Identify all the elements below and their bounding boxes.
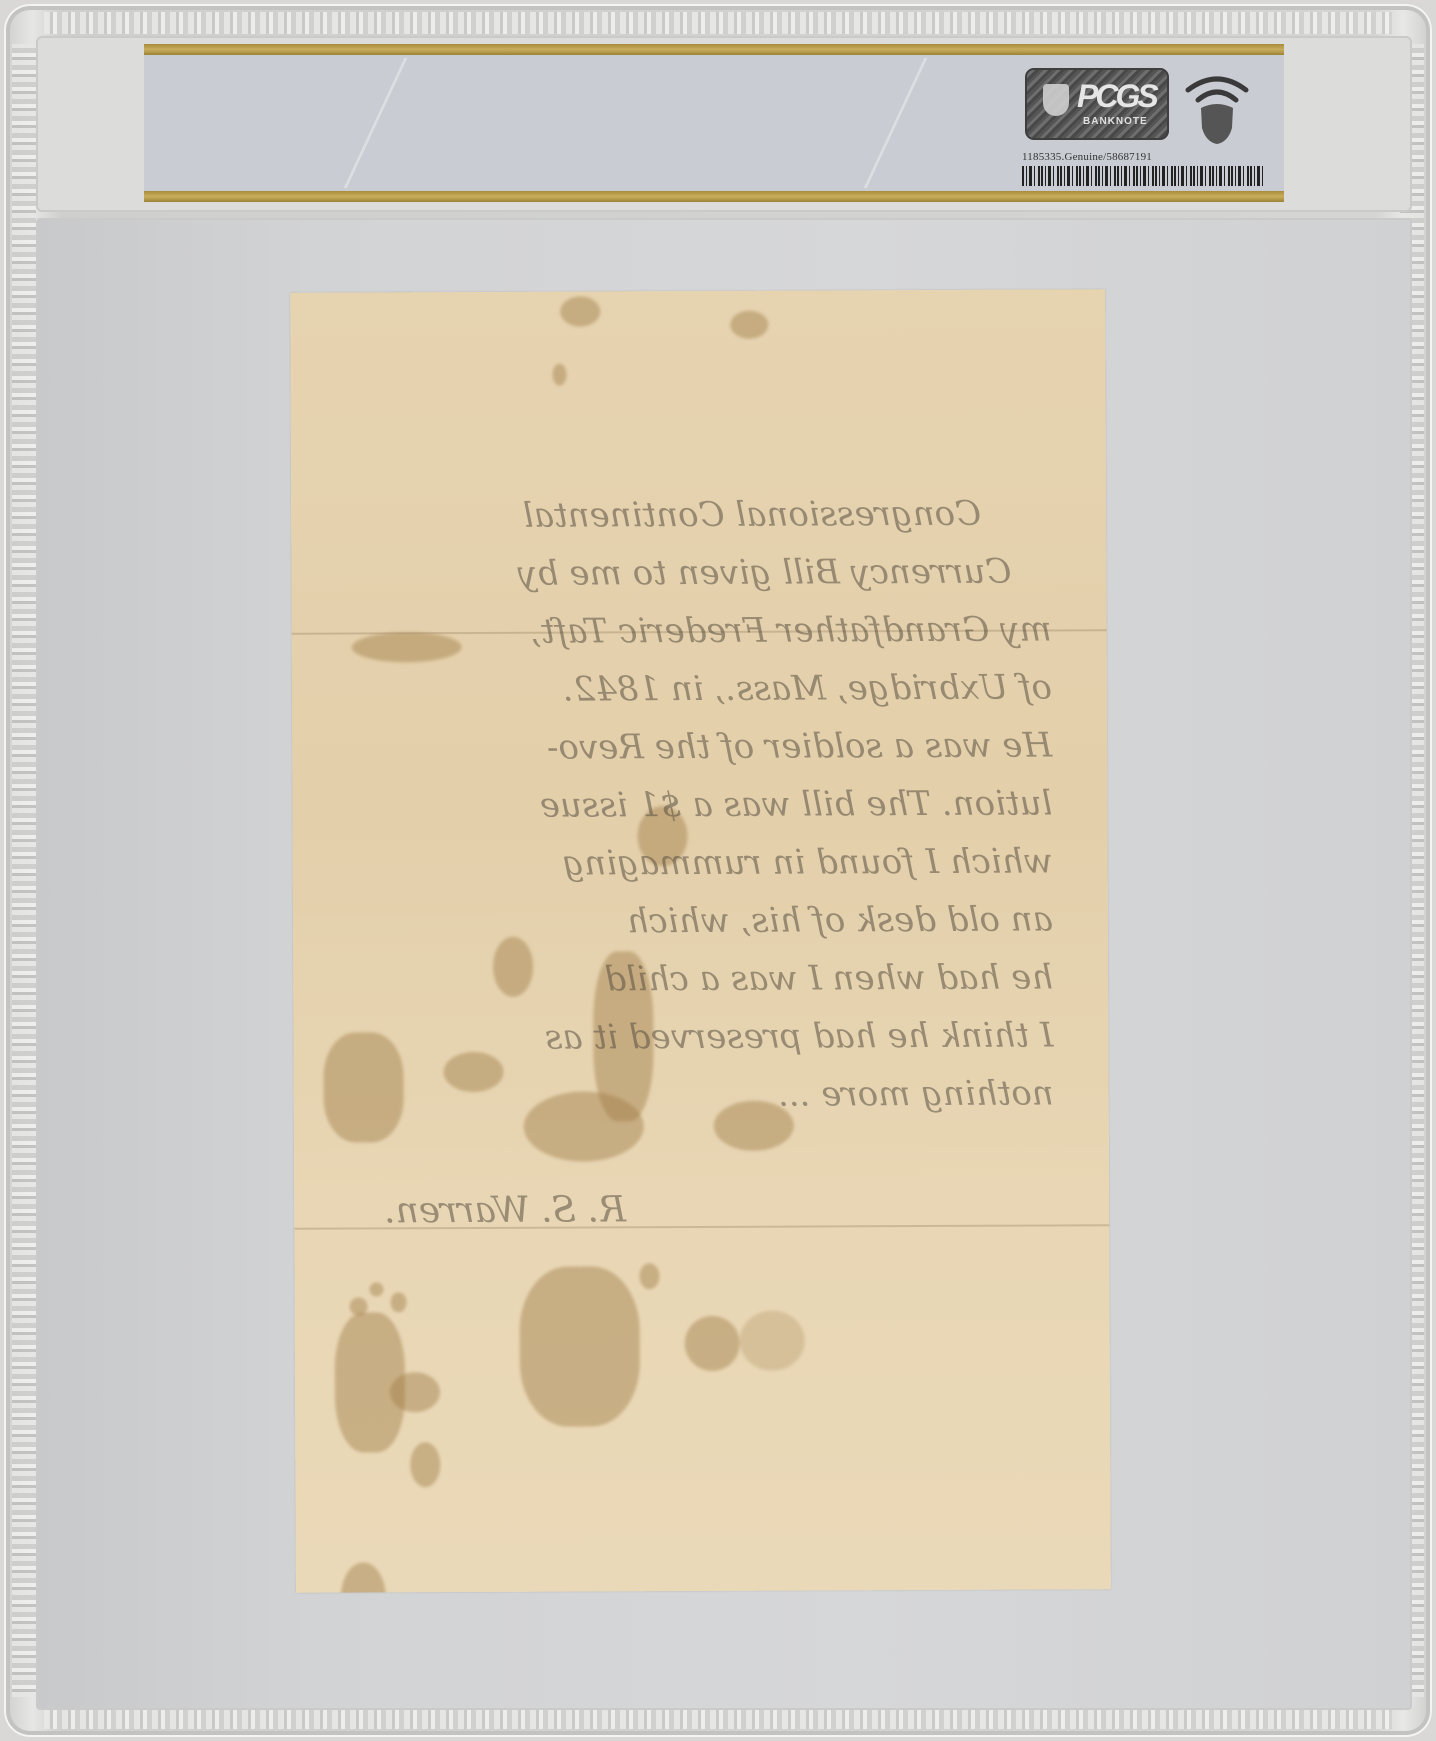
stain — [639, 1263, 659, 1289]
note-line: an old desk of his, which — [333, 890, 1073, 951]
stain — [740, 1311, 805, 1371]
note-line: He was a soldier of the Revo- — [332, 716, 1072, 777]
note-line: lution. The bill was a $1 issue — [332, 774, 1072, 835]
note-line: which I found in rummaging — [333, 832, 1073, 893]
document-paper: Congressional Continental Currency Bill … — [290, 289, 1111, 1593]
stain — [519, 1266, 640, 1427]
holder-rim-emboss-bottom — [44, 1707, 1392, 1729]
stain — [552, 364, 566, 386]
stain — [390, 1372, 440, 1412]
stain — [410, 1442, 440, 1487]
holder-rim-emboss-top — [44, 12, 1392, 34]
note-line: my Grandfather Frederic Taft, — [332, 600, 1072, 661]
hologram-subtitle: BANKNOTE — [1083, 116, 1163, 127]
note-line: Currency Bill given to me by — [331, 542, 1071, 603]
shield-icon — [1043, 84, 1069, 116]
stain — [730, 311, 768, 339]
label-sheen — [864, 58, 928, 188]
stain — [391, 1292, 407, 1312]
stain — [341, 1562, 386, 1592]
cert-number: 1185335.Genuine/58687191 — [1022, 151, 1152, 163]
stain — [560, 296, 600, 326]
label-gold-stripe-bottom — [144, 191, 1284, 202]
stain — [350, 1297, 368, 1315]
note-line: he had when I was a child — [333, 948, 1073, 1009]
stain — [369, 1282, 383, 1296]
pcgs-hologram: PCGS BANKNOTE — [1025, 68, 1169, 140]
label-gold-stripe-top — [144, 44, 1284, 55]
grading-label: PCGS BANKNOTE 1185335.Genuine/58687191 — [144, 44, 1284, 202]
holder-rim-emboss-left — [12, 44, 36, 1697]
note-line: I think he had preserved it as — [333, 1006, 1073, 1067]
note-line: Congressional Continental — [331, 484, 1071, 545]
nfc-shield-icon — [1184, 70, 1250, 146]
handwritten-note: Congressional Continental Currency Bill … — [331, 484, 1074, 1125]
hologram-brand: PCGS — [1077, 78, 1161, 114]
label-sheen — [344, 58, 408, 188]
barcode — [1022, 166, 1266, 186]
note-line: of Uxbridge, Mass., in 1842. — [332, 658, 1072, 719]
note-line: nothing more ... — [334, 1064, 1074, 1125]
stain — [685, 1316, 740, 1371]
signature: R. S. Warren. — [384, 1189, 626, 1231]
